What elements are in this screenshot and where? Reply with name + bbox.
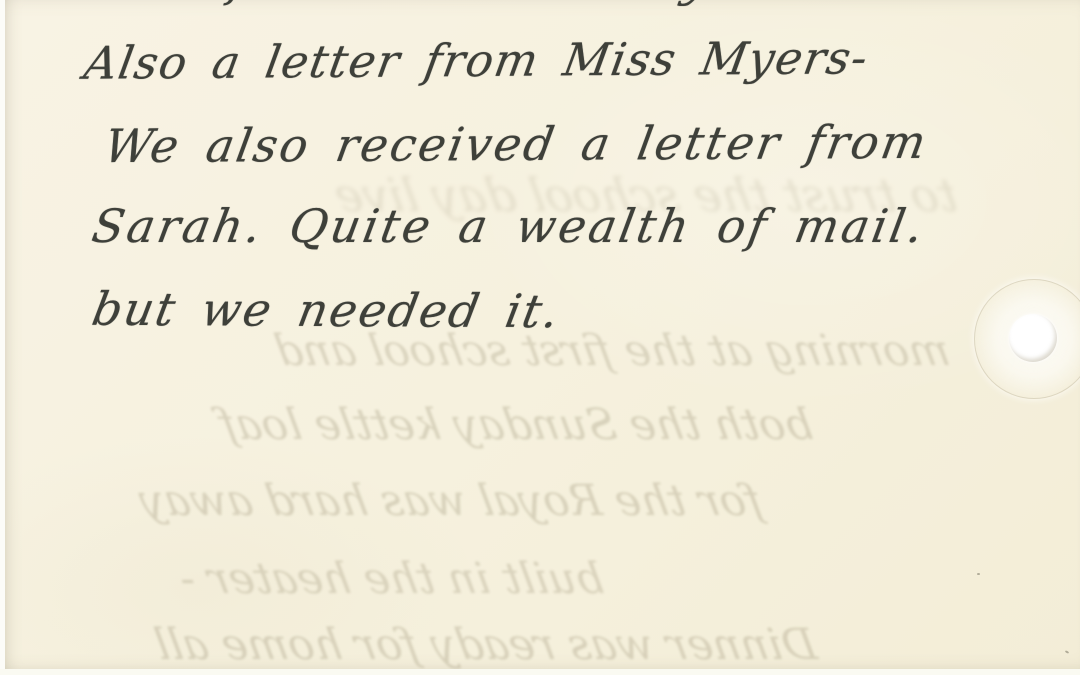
handwriting-text: Sarah. Quite a wealth of mail. <box>88 199 930 253</box>
bleedthrough-line: Dinner was ready for home all <box>155 620 816 669</box>
bleedthrough-text: both the Sunday kettle loaf <box>216 400 817 450</box>
scan-edge-left <box>0 0 5 675</box>
handwriting-line: Also a letter from Miss Myers- <box>85 31 869 89</box>
handwriting-text: We also received a letter from <box>100 115 932 173</box>
paper-speck <box>1065 650 1069 654</box>
handwriting-line-clipped: a word from Wm too busy to write <box>25 0 942 7</box>
paper-speck <box>977 573 980 575</box>
handwriting-line: Sarah. Quite a wealth of mail. <box>93 199 926 253</box>
handwriting-line: but we needed it. <box>93 282 560 338</box>
bleedthrough-line: both the Sunday kettle loaf <box>220 400 812 450</box>
handwriting-text: but we needed it. <box>88 282 565 338</box>
handwriting-text: a word from Wm too busy to write <box>20 0 946 7</box>
bleedthrough-text: built in the heater - <box>176 554 608 604</box>
scan-edge-bottom <box>0 669 1080 675</box>
punch-hole <box>1009 314 1057 362</box>
bleedthrough-line: for the Royal was hard away <box>140 476 761 526</box>
handwriting-line: We also received a letter from <box>105 115 928 173</box>
scanned-letter-page: to trust the school day live morning at … <box>0 0 1080 675</box>
bleedthrough-text: Dinner was ready for home all <box>151 620 821 669</box>
bleedthrough-text: for the Royal was hard away <box>136 476 766 526</box>
bleedthrough-line: built in the heater - <box>180 554 603 604</box>
paper-sheet: to trust the school day live morning at … <box>5 0 1080 669</box>
handwriting-text: Also a letter from Miss Myers- <box>81 31 873 90</box>
